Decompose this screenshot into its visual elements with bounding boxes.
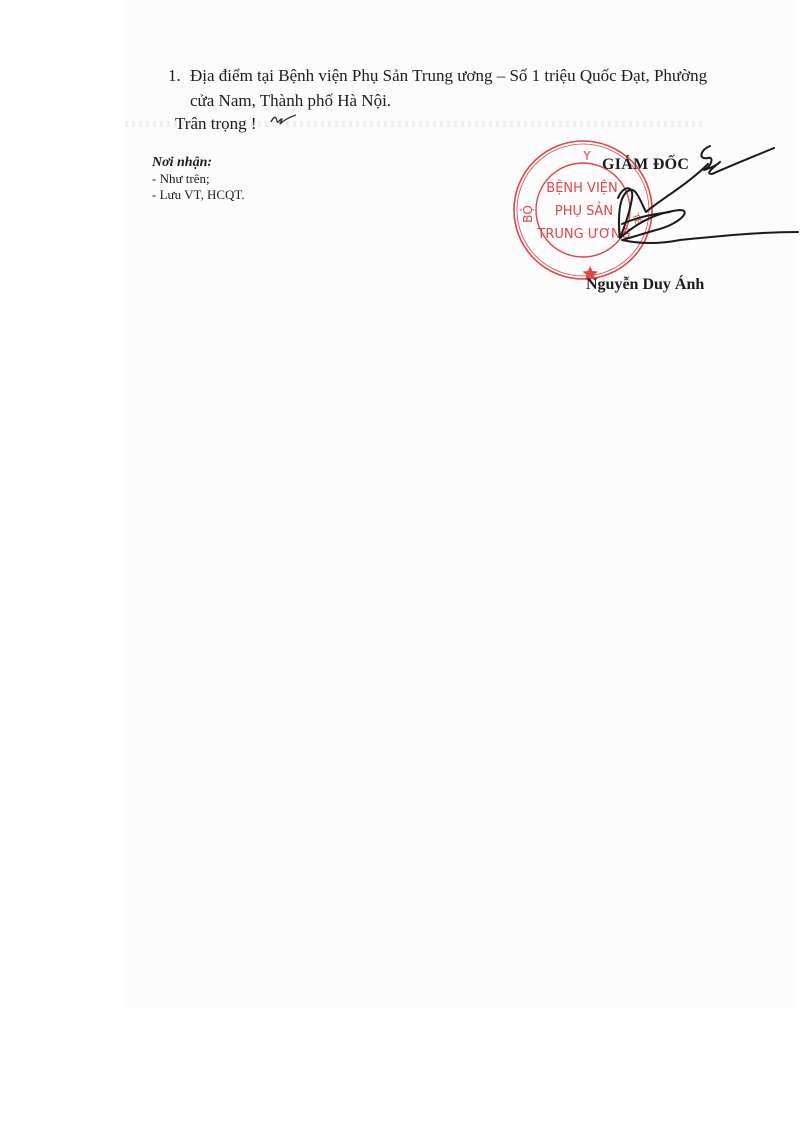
- recipients-label: Nơi nhận:: [152, 155, 245, 171]
- list-item: 1. Địa điểm tại Bệnh viện Phụ Sản Trung …: [168, 63, 728, 113]
- initial-mark-icon: [268, 112, 298, 128]
- list-item-number: 1.: [168, 63, 181, 88]
- handwritten-signature: [560, 140, 800, 260]
- recipient-item: - Như trên;: [152, 171, 245, 187]
- recipients: Nơi nhận: - Như trên; - Lưu VT, HCQT.: [152, 155, 245, 203]
- list-item-text: Địa điểm tại Bệnh viện Phụ Sản Trung ươn…: [168, 63, 728, 113]
- seal-left-text: BỘ: [520, 205, 535, 223]
- signatory-name: Nguyễn Duy Ánh: [586, 276, 704, 294]
- closing-text: Trân trọng !: [175, 113, 257, 135]
- recipient-item: - Lưu VT, HCQT.: [152, 187, 245, 203]
